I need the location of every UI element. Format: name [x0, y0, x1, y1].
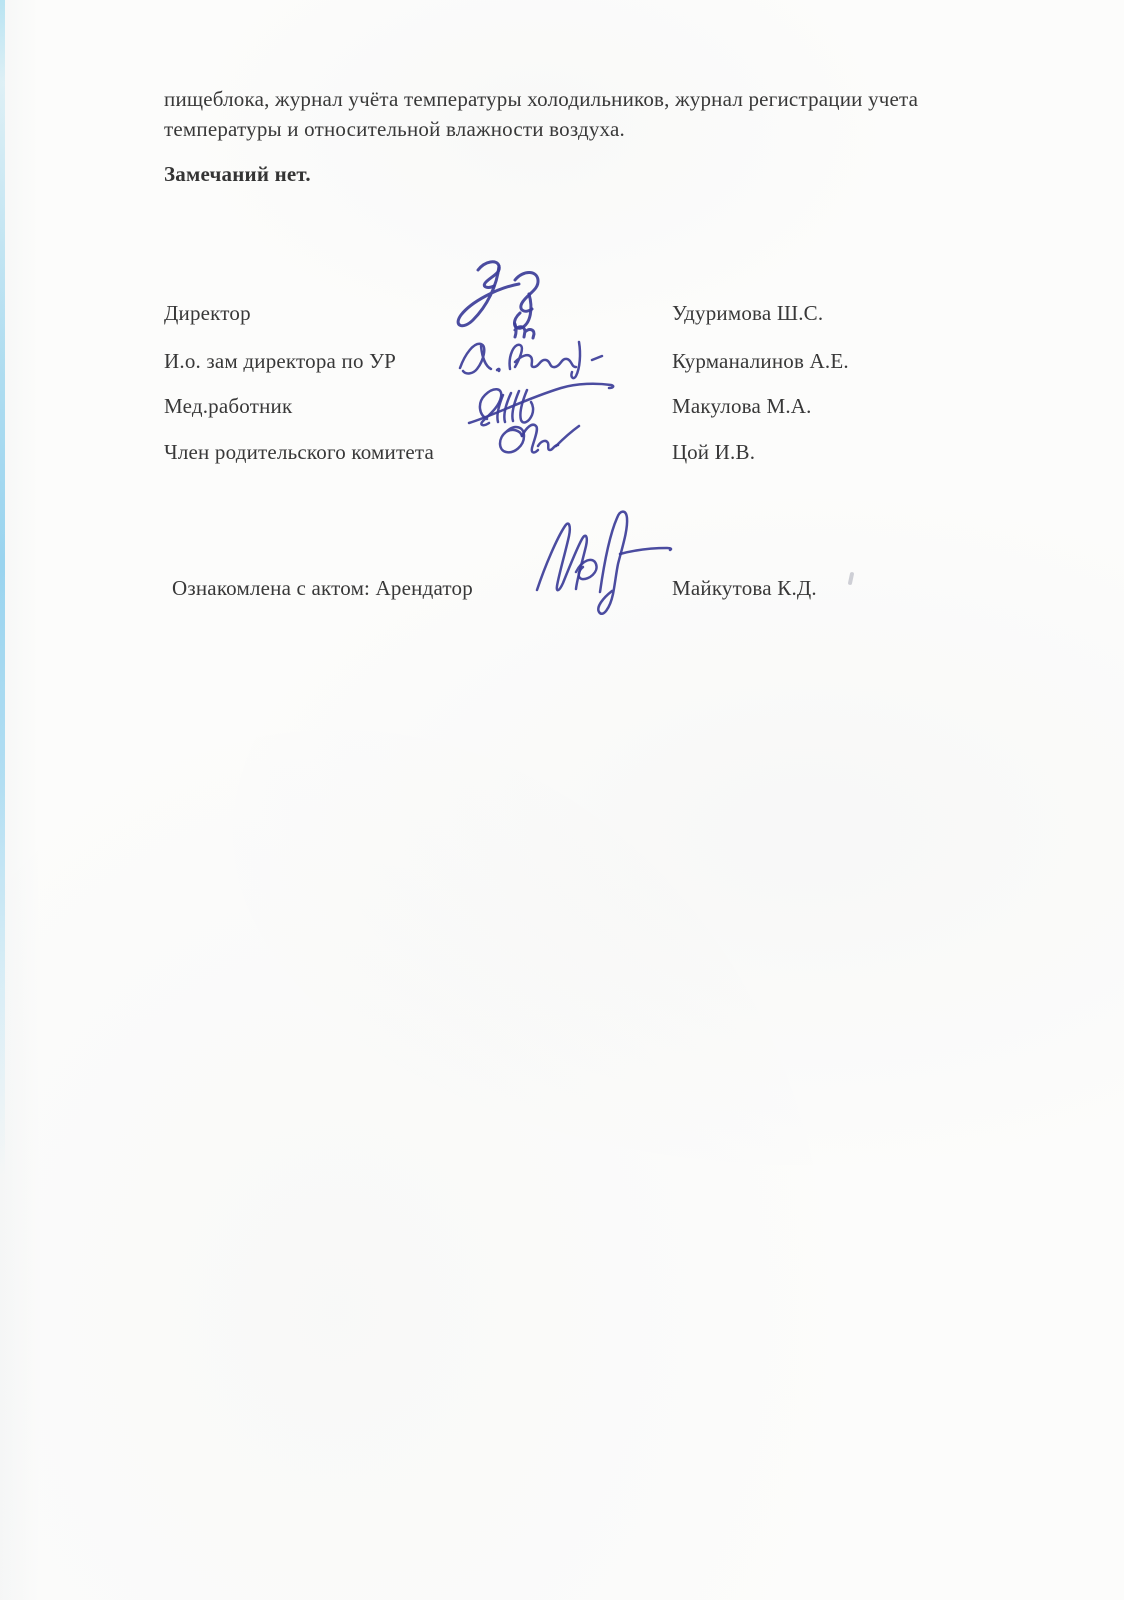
signatory-role: Директор	[164, 301, 251, 326]
body-paragraph: пищеблока, журнал учёта температуры холо…	[164, 84, 976, 144]
director-signature-icon	[445, 258, 560, 340]
signatory-role: Мед.работник	[164, 394, 292, 419]
scanned-document-page: пищеблока, журнал учёта температуры холо…	[0, 0, 1124, 1600]
body-paragraph-line-2: температуры и относительной влажности во…	[164, 117, 625, 141]
signatory-name: Удуримова Ш.С.	[672, 301, 823, 326]
signatory-name: Цой И.В.	[672, 440, 755, 465]
acknowledgement-label: Ознакомлена с актом: Арендатор	[172, 576, 473, 601]
acknowledgement-name: Майкутова К.Д.	[672, 576, 817, 601]
parent-committee-signature-icon	[486, 418, 581, 464]
signatory-row-director: Директор Удуримова Ш.С.	[0, 301, 1124, 327]
acknowledgement-row: Ознакомлена с актом: Арендатор Майкутова…	[0, 576, 1124, 602]
signatory-role: И.о. зам директора по УР	[164, 349, 396, 374]
remark-heading: Замечаний нет.	[164, 162, 311, 187]
tenant-signature-icon	[525, 506, 675, 624]
signatory-role: Член родительского комитета	[164, 440, 434, 465]
signatory-name: Макулова М.А.	[672, 394, 812, 419]
body-paragraph-line-1: пищеблока, журнал учёта температуры холо…	[164, 87, 918, 111]
signatory-name: Курманалинов А.Е.	[672, 349, 849, 374]
